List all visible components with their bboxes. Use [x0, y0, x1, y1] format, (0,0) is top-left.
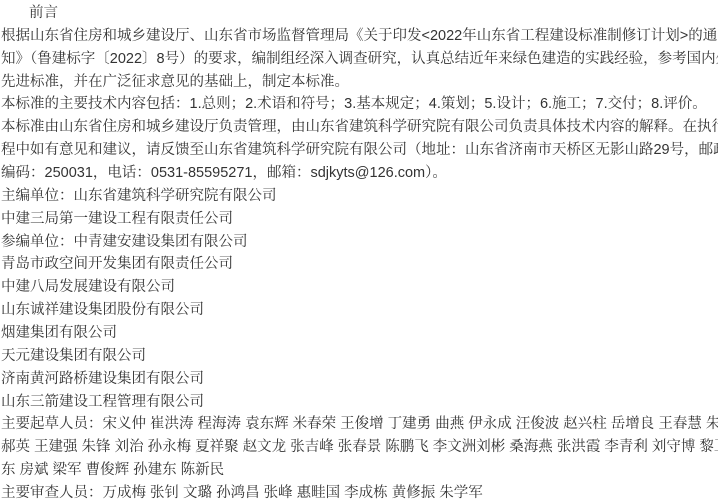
document-line-participating-unit: 参编单位：中青建安建设集团有限公司	[0, 231, 718, 254]
document-line-drafters: 郝英 王建强 朱锋 刘治 孙永梅 夏祥聚 赵文龙 张吉峰 张春景 陈鹏飞 李文洲…	[0, 436, 718, 459]
document-line-unit: 济南黄河路桥建设集团有限公司	[0, 368, 718, 391]
document-line-unit: 烟建集团有限公司	[0, 322, 718, 345]
document-line: 编码：250031，电话：0531-85595271，邮箱：sdjkyts@12…	[0, 162, 718, 185]
document-line-unit: 天元建设集团有限公司	[0, 345, 718, 368]
document-line: 本标准的主要技术内容包括：1.总则；2.术语和符号；3.基本规定；4.策划；5.…	[0, 93, 718, 116]
document-line-unit: 青岛市政空间开发集团有限责任公司	[0, 253, 718, 276]
document-line-drafters: 东 房斌 梁军 曹俊辉 孙建东 陈新民	[0, 459, 718, 482]
document-line: 程中如有意见和建议，请反馈至山东省建筑科学研究院有限公司（地址：山东省济南市天桥…	[0, 139, 718, 162]
document-line-unit: 山东诚祥建设集团股份有限公司	[0, 299, 718, 322]
document-line: 根据山东省住房和城乡建设厅、山东省市场监督管理局《关于印发<2022年山东省工程…	[0, 25, 718, 48]
document-line-unit: 中建八局发展建设有限公司	[0, 276, 718, 299]
foreword-heading: 前言	[0, 2, 718, 25]
document-line-unit: 中建三局第一建设工程有限责任公司	[0, 208, 718, 231]
document-line: 知》（鲁建标字〔2022〕8号）的要求，编制组经深入调查研究，认真总结近年来绿色…	[0, 48, 718, 71]
document-line-reviewers: 主要审查人员：万成梅 张钊 文璐 孙鸿昌 张峰 惠畦国 李成栋 黄修振 朱学军	[0, 482, 718, 504]
document-line-drafters: 主要起草人员：宋义仲 崔洪涛 程海涛 袁东辉 米春荣 王俊增 丁建勇 曲燕 伊永…	[0, 413, 718, 436]
document-line-unit: 山东三箭建设工程管理有限公司	[0, 391, 718, 414]
document-page: 前言 根据山东省住房和城乡建设厅、山东省市场监督管理局《关于印发<2022年山东…	[0, 0, 718, 504]
document-line: 先进标准，并在广泛征求意见的基础上，制定本标准。	[0, 71, 718, 94]
document-line-chief-editor-unit: 主编单位：山东省建筑科学研究院有限公司	[0, 185, 718, 208]
document-line: 本标准由山东省住房和城乡建设厅负责管理，由山东省建筑科学研究院有限公司负责具体技…	[0, 116, 718, 139]
